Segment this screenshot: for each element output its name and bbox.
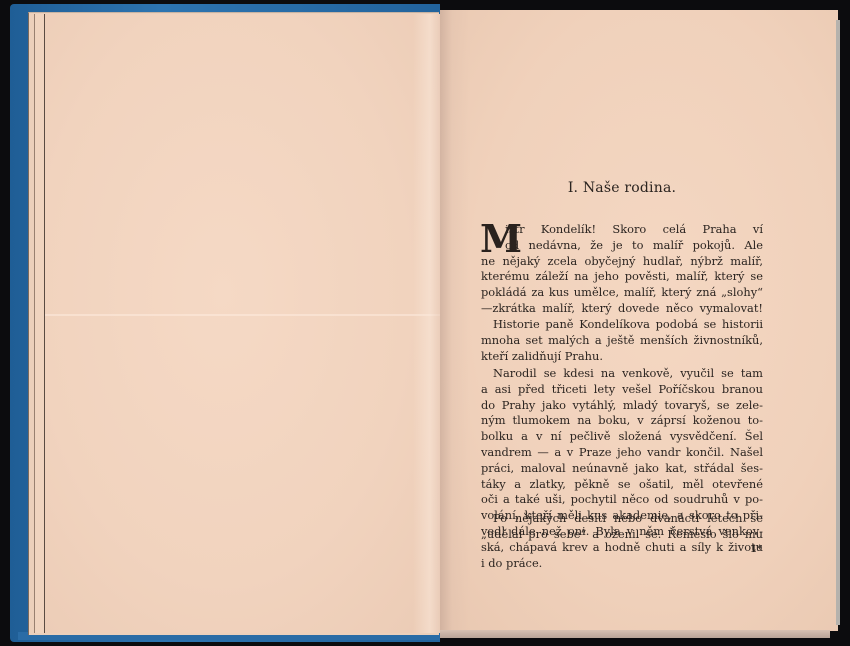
right-page-bottom-edge xyxy=(440,630,830,638)
chapter-title: I. Naše rodina. xyxy=(481,180,763,196)
text-line: „udělal pro sebe“ a oženil se. Řemeslo š… xyxy=(481,527,763,543)
right-page-gutter-shadow xyxy=(440,10,470,631)
text-line: bolku a v ní pečlivě složená vysvědčení.… xyxy=(481,429,763,445)
text-line: kteří zalidňují Prahu. xyxy=(481,349,763,365)
book-photo: I. Naše rodina. M istr Kondelík! Skoro c… xyxy=(0,0,850,646)
left-page-gutter-shadow xyxy=(413,14,441,633)
page-number: 1* xyxy=(750,544,762,555)
text-line: Historie paně Kondelíkova podobá se hist… xyxy=(481,317,763,333)
text-line: —zkrátka malíř, který dovede něco vymalo… xyxy=(481,301,763,317)
paragraph-2: Historie paně Kondelíkova podobá se hist… xyxy=(481,317,763,364)
text-line: oči a také uši, pochytil něco od soudruh… xyxy=(481,492,763,508)
text-line: ne nějaký zcela obyčejný hudlař, nýbrž m… xyxy=(481,254,763,270)
text-line: ným tlumokem na boku, v záprsí koženou t… xyxy=(481,413,763,429)
text-line: i do práce. xyxy=(481,556,763,572)
text-line: od nedávna, že je to malíř pokojů. Ale xyxy=(481,238,763,254)
text-line: mnoha set malých a ještě menších živnost… xyxy=(481,333,763,349)
text-line: práci, maloval neúnavně jako kat, střáda… xyxy=(481,461,763,477)
text-line: kterému záleží na jeho pověsti, malíř, k… xyxy=(481,269,763,285)
text-line: do Prahy jako vytáhlý, mladý tovaryš, se… xyxy=(481,398,763,414)
text-line: istr Kondelík! Skoro celá Praha ví xyxy=(481,222,763,238)
text-line: Po nějakých desíti nebo dvanácti letech … xyxy=(481,511,763,527)
page-fold-crease xyxy=(45,314,441,316)
text-line: pokládá za kus umělce, malíř, který zná … xyxy=(481,285,763,301)
text-line: vandrem — a v Praze jeho vandr končil. N… xyxy=(481,445,763,461)
text-line: táky a zlatky, pěkně se ošatil, měl otev… xyxy=(481,477,763,493)
text-line: a asi před třiceti lety vešel Poříčskou … xyxy=(481,382,763,398)
paragraph-1: istr Kondelík! Skoro celá Praha ví od ne… xyxy=(481,222,763,317)
right-page-fore-edge xyxy=(836,20,840,625)
left-page xyxy=(44,14,441,633)
paragraph-4: Po nějakých desíti nebo dvanácti letech … xyxy=(481,511,763,543)
text-line: Narodil se kdesi na venkově, vyučil se t… xyxy=(481,366,763,382)
